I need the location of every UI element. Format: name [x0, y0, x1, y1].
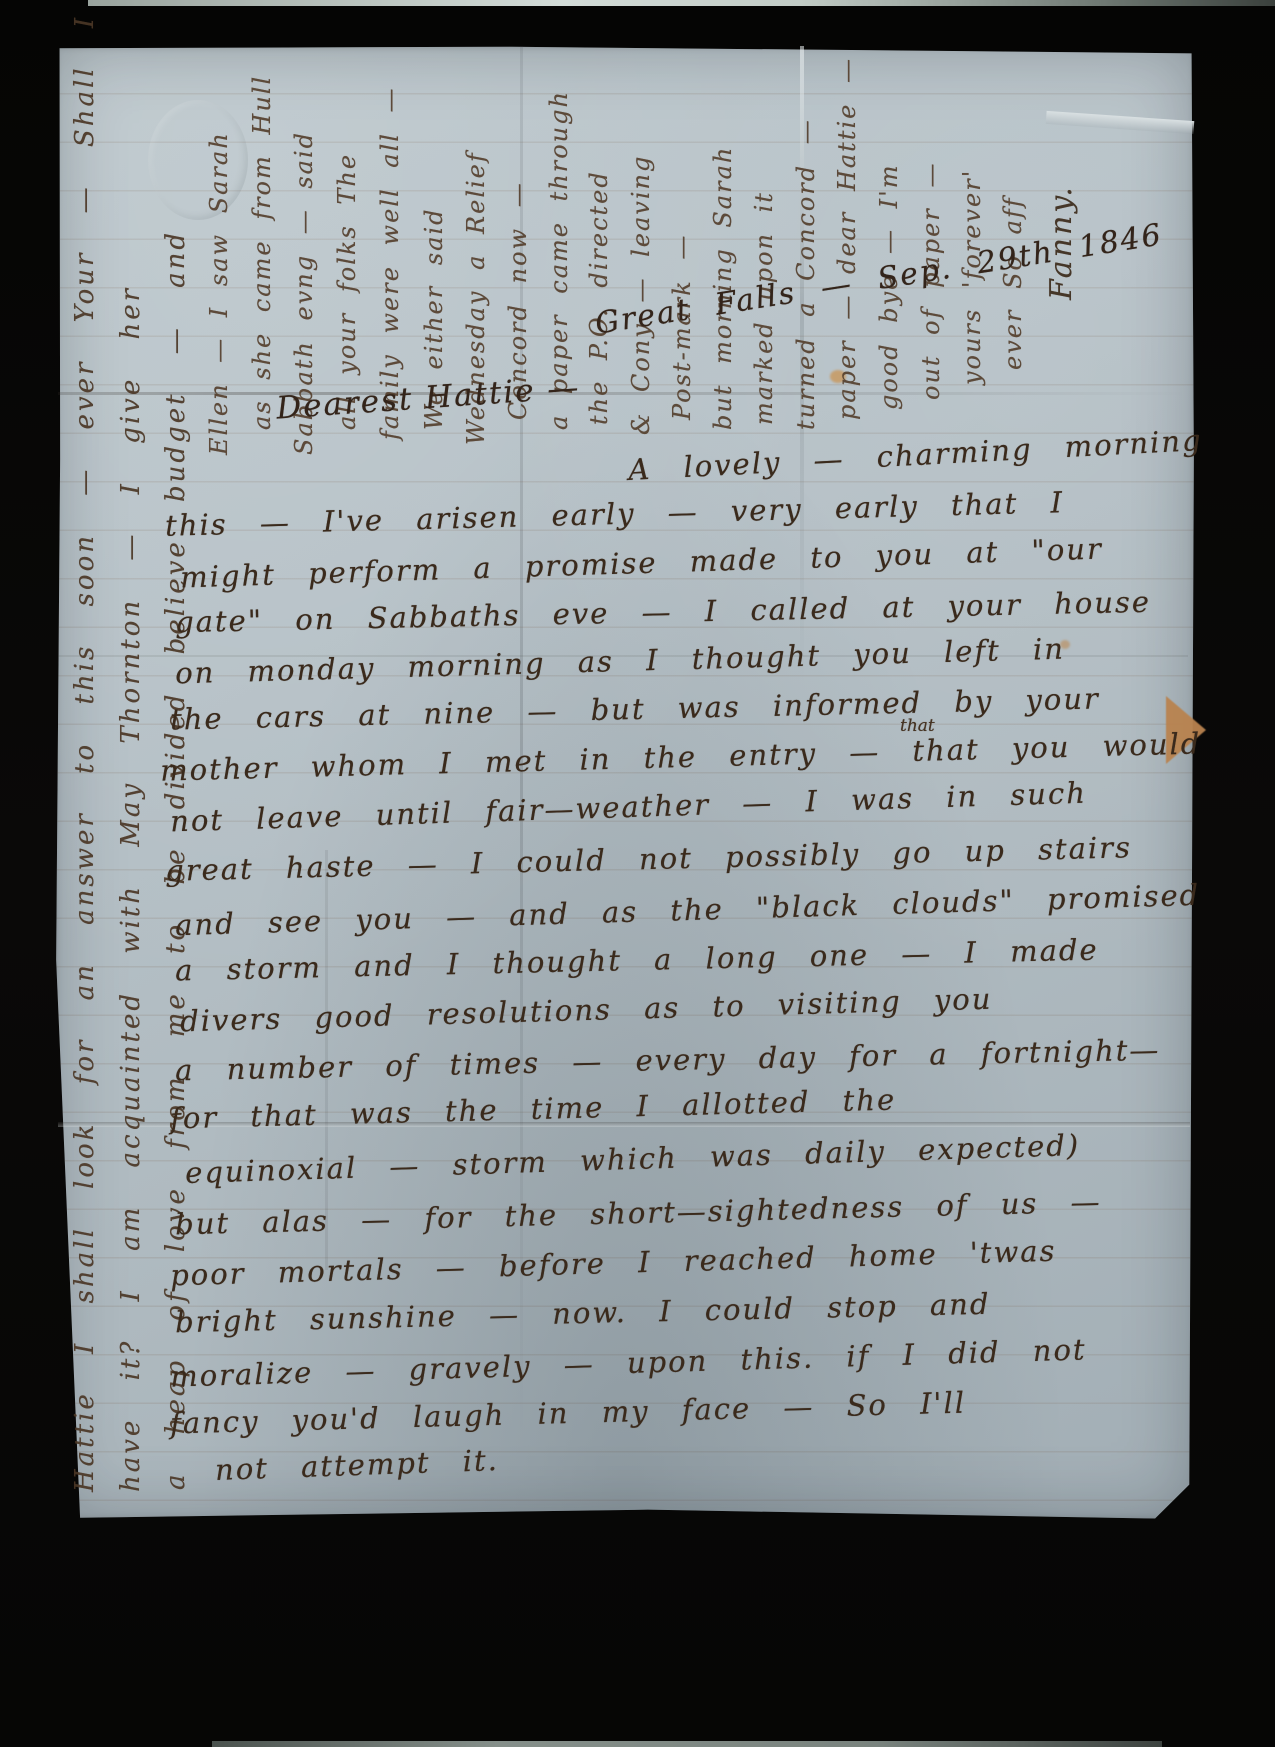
cross-writing-line: out of paper —	[917, 80, 945, 400]
scanner-edge-strip-top	[88, 0, 1275, 6]
cross-writing-line: ever So aff	[999, 90, 1027, 370]
cross-writing-line: the P.O. directed	[585, 75, 613, 425]
cross-writing-line: Post-mark —	[668, 80, 696, 420]
cross-writing-line: marked upon it	[750, 80, 778, 425]
cross-writing-line: Ellen — I saw Sarah	[205, 70, 233, 455]
cross-writing-line: as she came from Hull	[248, 70, 276, 430]
cross-writing-line: Concord now —	[504, 75, 532, 420]
cross-writing-line: turned a Concord —	[792, 80, 820, 430]
cross-writing-line: all your folks The	[333, 70, 361, 430]
scanner-edge-strip-bottom	[212, 1741, 1162, 1747]
scanned-letter-page: { "document": { "kind": "handwritten-let…	[0, 0, 1275, 1747]
cross-writing-line: We either said	[420, 75, 448, 430]
margin-cross-line: Hattie I shall look for an answer to thi…	[70, 62, 100, 1492]
cross-writing-line: paper — dear Hattie —	[833, 80, 861, 420]
cross-writing-line: yours 'forever'	[958, 85, 986, 385]
cross-writing-line: good bye — I'm	[875, 80, 903, 410]
margin-cross-line: have it? I am acquainted with May Thornt…	[116, 67, 146, 1492]
cross-writing-line: & Cony — leaving	[627, 75, 655, 435]
cross-writing-line: but morning Sarah	[709, 80, 737, 430]
interline-insertion: that	[900, 716, 935, 736]
